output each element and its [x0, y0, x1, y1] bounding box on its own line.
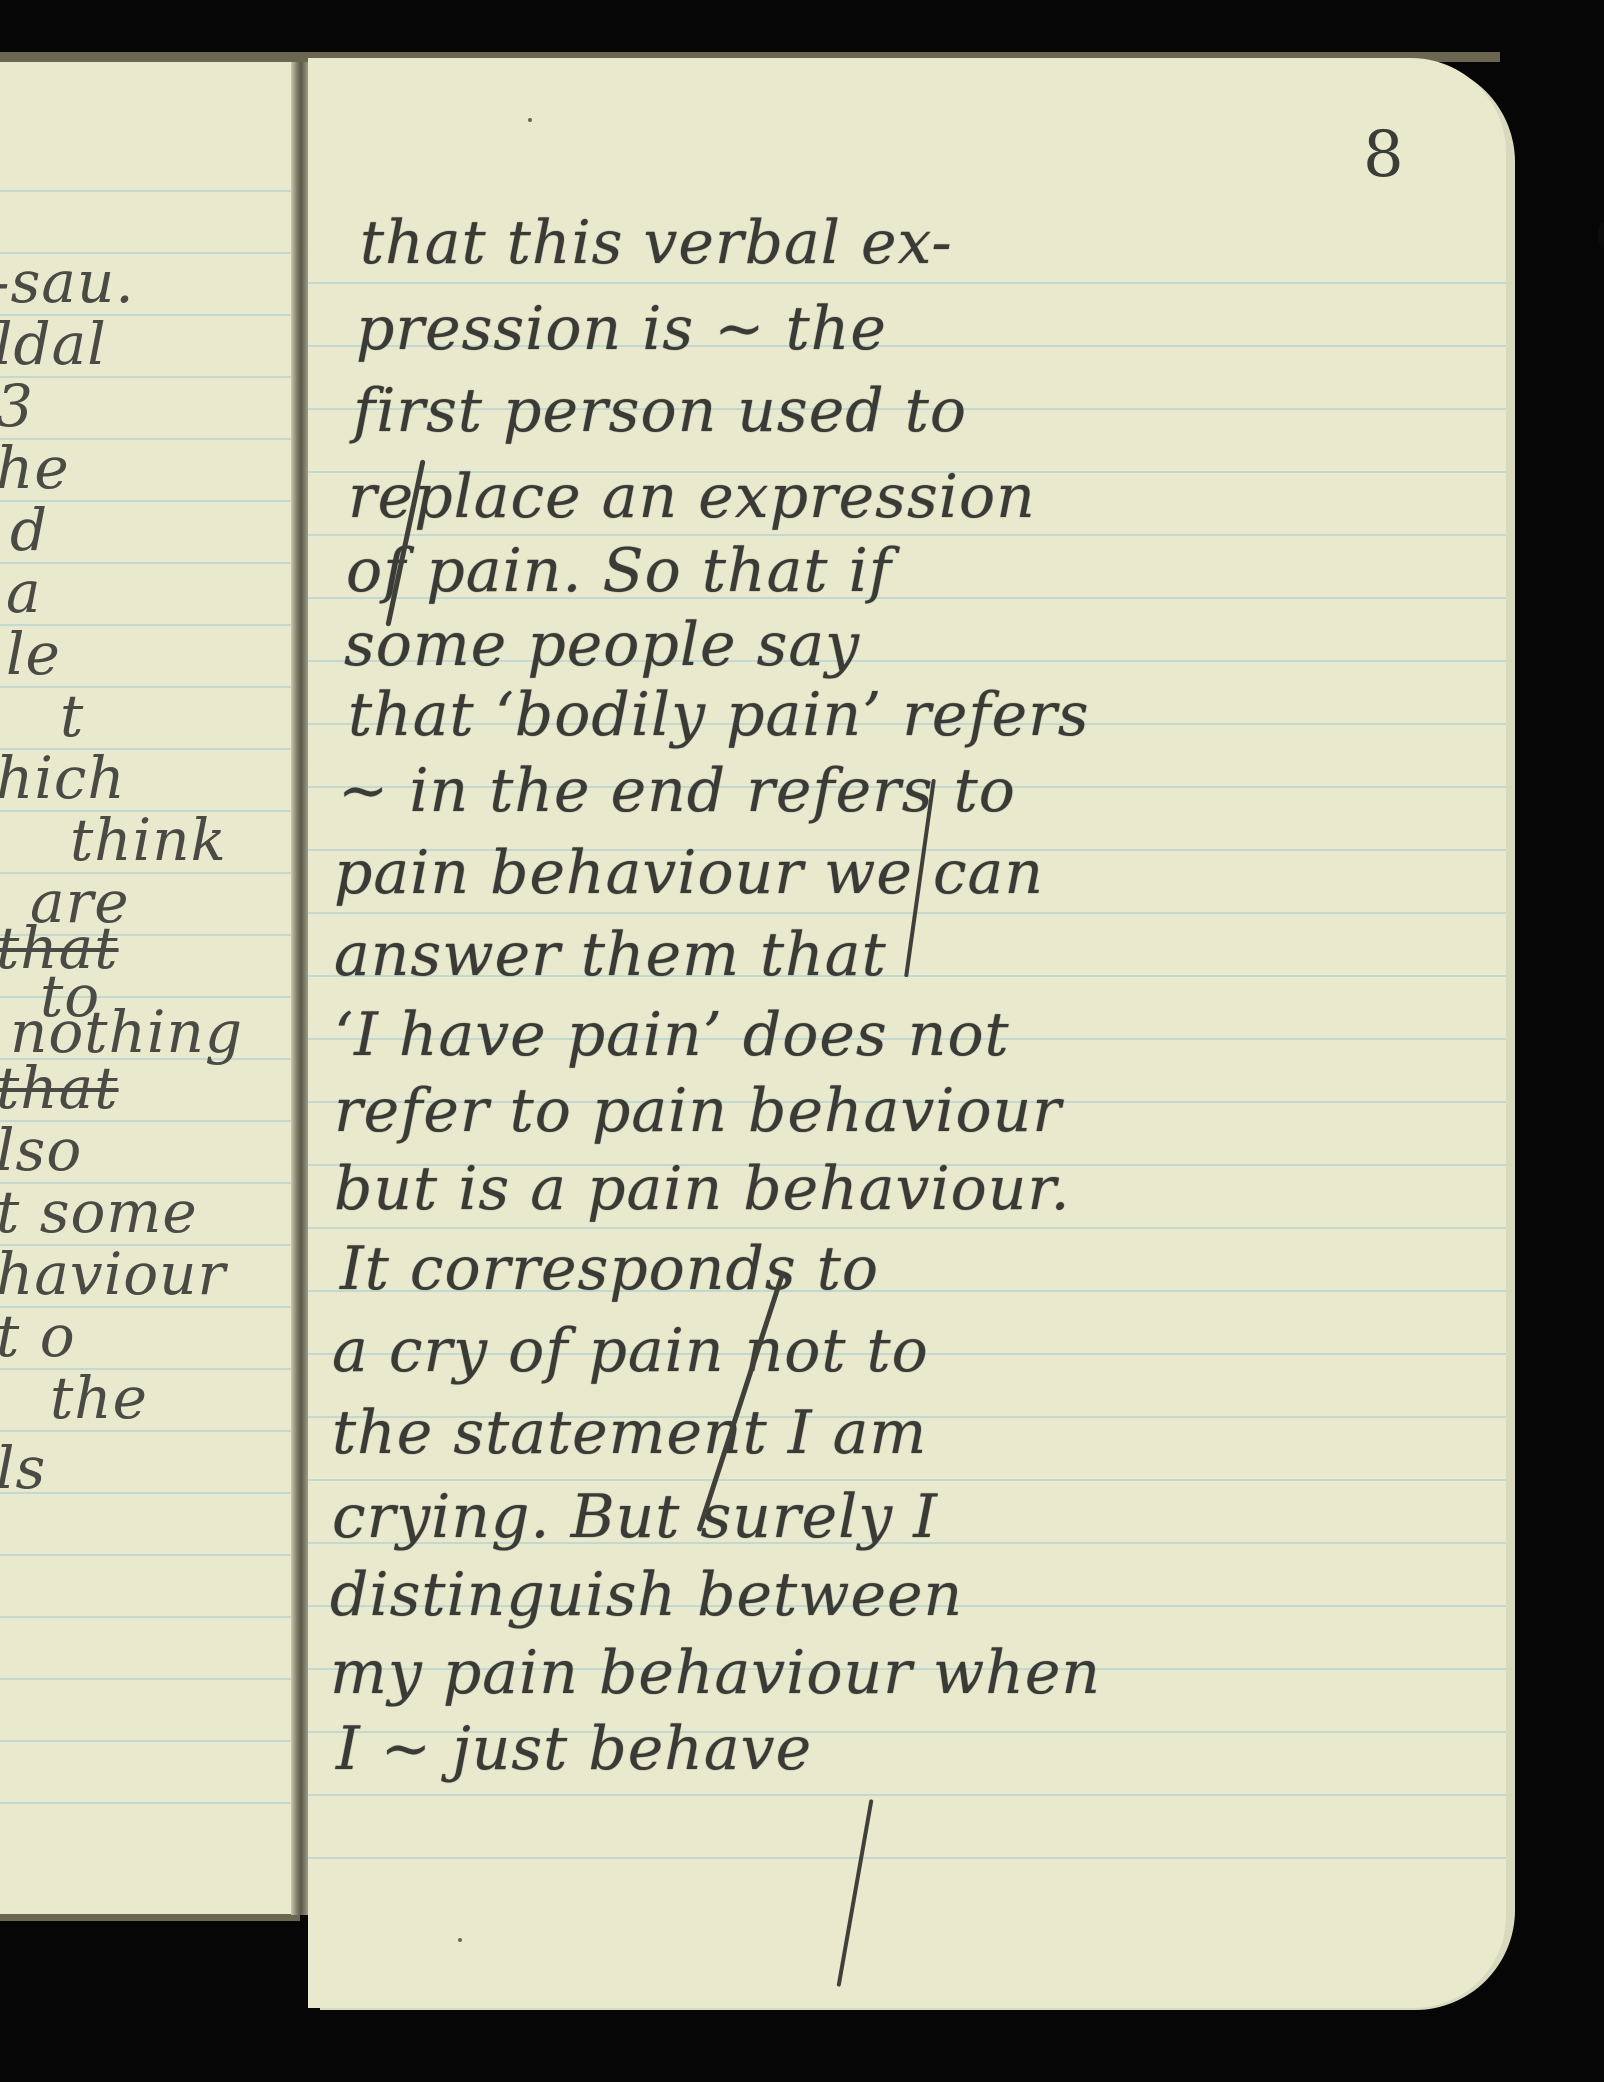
left-fragment: think — [70, 806, 227, 874]
handwritten-line: ~ in the end refers to — [338, 756, 1016, 826]
handwritten-line: first person used to — [353, 376, 967, 446]
handwritten-line: refer to pain behaviour — [334, 1076, 1062, 1146]
left-fragment: 3 — [0, 372, 34, 440]
handwritten-line: my pain behaviour when — [330, 1638, 1101, 1708]
handwritten-line: replace an expression — [348, 462, 1036, 532]
ruled-line — [308, 912, 1506, 914]
left-fragment: ls — [0, 1434, 46, 1502]
ruled-line — [0, 1554, 292, 1556]
handwritten-line: distinguish between — [330, 1560, 963, 1630]
handwritten-line: answer them that — [334, 920, 887, 990]
handwritten-line: crying. But surely I — [332, 1482, 938, 1552]
paper-spot — [528, 118, 532, 122]
left-fragment: the — [50, 1364, 148, 1432]
handwritten-line: that this verbal ex- — [360, 208, 953, 278]
handwritten-line: pression is ~ the — [356, 294, 887, 364]
handwritten-line: the statement I am — [332, 1398, 927, 1468]
paper-spot — [458, 1938, 462, 1942]
left-fragment: he — [0, 434, 70, 502]
handwritten-line: some people say — [344, 610, 860, 680]
handwritten-line: I ~ just behave — [336, 1714, 812, 1784]
left-fragment: t — [60, 682, 84, 750]
handwritten-line: It corresponds to — [340, 1234, 879, 1304]
ruled-line — [308, 282, 1506, 284]
left-fragment: ldal — [0, 310, 107, 378]
right-page: 8 that this verbal ex- pression is ~ the… — [308, 58, 1506, 2008]
left-fragment: haviour — [0, 1240, 226, 1308]
ruled-line — [0, 1802, 292, 1804]
left-fragment: a — [6, 558, 42, 626]
left-fragment-struck: that — [0, 1054, 119, 1122]
ruled-line — [308, 1227, 1506, 1229]
left-page: -sau. ldal 3 he d a le t hich think are … — [0, 62, 292, 1914]
ruled-line — [308, 1479, 1506, 1481]
ruled-line — [308, 1857, 1506, 1859]
handwritten-line: of pain. So that if — [346, 536, 892, 606]
handwritten-line: that ‘bodily pain’ refers — [348, 680, 1090, 750]
ruled-line — [308, 1794, 1506, 1796]
handwritten-line: a cry of pain not to — [332, 1316, 929, 1386]
left-fragment: d — [10, 496, 48, 564]
ruled-line — [0, 1678, 292, 1680]
ruled-line — [0, 1740, 292, 1742]
handwritten-line: ‘I have pain’ does not — [334, 1000, 1010, 1070]
left-fragment: hich — [0, 744, 126, 812]
left-fragment: le — [6, 620, 61, 688]
handwritten-line: but is a pain behaviour. — [334, 1154, 1071, 1224]
notebook-cover-bottom-edge — [0, 1913, 300, 1921]
left-fragment: t o — [0, 1302, 76, 1370]
left-fragment: -sau. — [0, 248, 135, 316]
left-fragment: t some — [0, 1178, 198, 1246]
pen-descender-stroke — [837, 1799, 874, 1987]
left-fragment: lso — [0, 1116, 82, 1184]
page-number: 8 — [1363, 118, 1404, 192]
ruled-line — [0, 190, 292, 192]
binding-gutter — [291, 62, 309, 1915]
handwritten-line: pain behaviour we can — [334, 838, 1044, 908]
page-edge-mark — [1598, 222, 1604, 248]
ruled-line — [0, 1616, 292, 1618]
